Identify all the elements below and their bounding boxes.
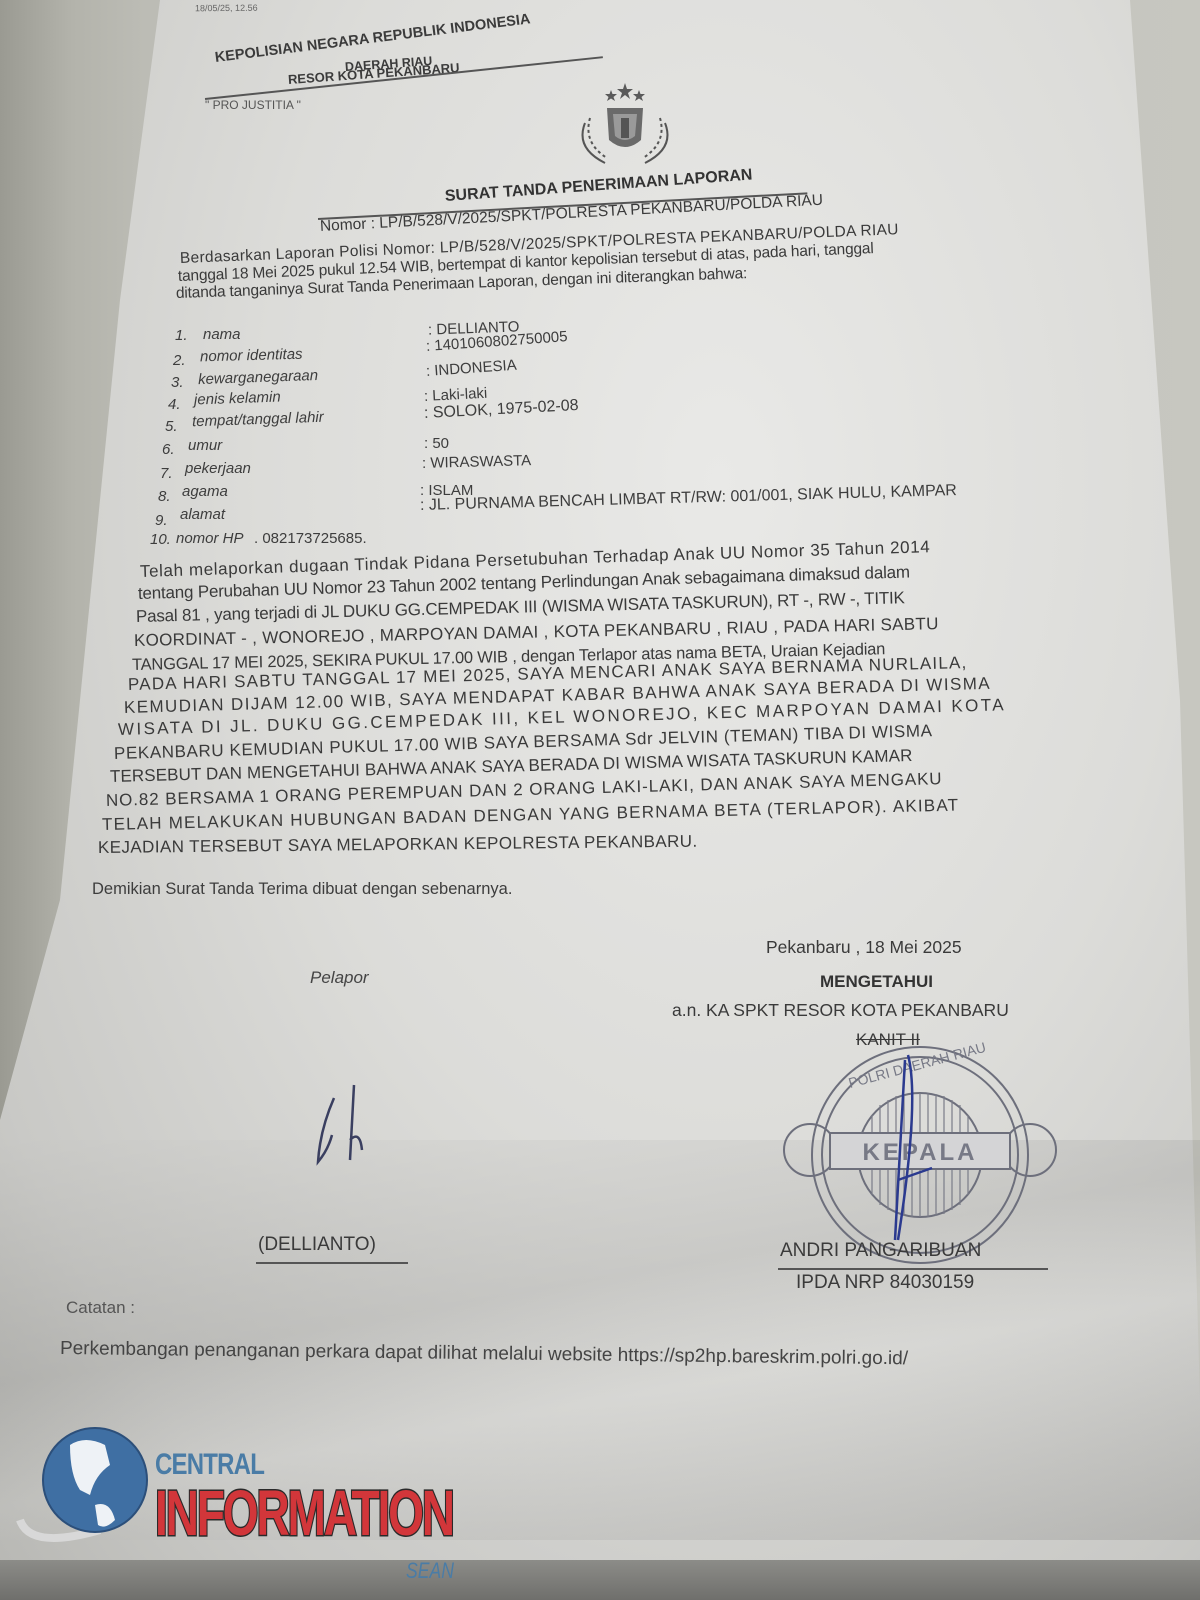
- reporter-name-underline: [256, 1262, 408, 1264]
- field-label-nomor-hp: nomor HP: [176, 530, 244, 547]
- field-value-umur: : 50: [424, 435, 449, 452]
- field-no: 1.: [175, 327, 188, 344]
- officer-rank-nrp: IPDA NRP 84030159: [796, 1272, 974, 1294]
- field-label-pekerjaan: pekerjaan: [185, 460, 251, 477]
- field-no: 2.: [173, 352, 186, 369]
- field-value-nomor-hp: . 082173725685.: [254, 530, 367, 547]
- reporter-role: Pelapor: [310, 968, 369, 988]
- reporter-name: (DELLIANTO): [258, 1234, 376, 1256]
- logo-sean-text: SEAN: [406, 1558, 454, 1584]
- central-information-logo: CENTRAL INFORMATION SEAN: [10, 1420, 460, 1590]
- police-emblem-icon: [565, 78, 685, 178]
- field-label-nomor-identitas: nomor identitas: [200, 346, 303, 366]
- field-no: 5.: [165, 418, 178, 435]
- field-no: 9.: [155, 512, 168, 529]
- unit-title: KANIT II: [856, 1030, 920, 1050]
- stamp-center-text: KEPALA: [863, 1139, 978, 1166]
- field-label-umur: umur: [188, 437, 222, 454]
- field-no: 10.: [150, 531, 171, 548]
- field-no: 4.: [168, 396, 181, 413]
- globe-icon: [10, 1420, 160, 1550]
- print-timestamp: 18/05/25, 12.56: [195, 3, 258, 14]
- field-value-pekerjaan: : WIRASWASTA: [422, 452, 532, 472]
- note-label: Catatan :: [66, 1298, 135, 1318]
- field-no: 7.: [160, 465, 173, 482]
- officer-name-underline: [778, 1268, 1048, 1270]
- field-no: 8.: [158, 488, 171, 505]
- official-stamp: KEPALA POLRI DAERAH RIAU: [780, 1040, 1060, 1270]
- logo-information-text: INFORMATION: [155, 1476, 453, 1550]
- place-date: Pekanbaru , 18 Mei 2025: [766, 937, 962, 958]
- reporter-signature: [310, 1080, 370, 1170]
- pro-justitia: " PRO JUSTITIA ": [205, 98, 301, 112]
- field-no: 6.: [162, 441, 175, 458]
- field-label-nama: nama: [203, 326, 241, 343]
- field-label-alamat: alamat: [180, 506, 225, 523]
- field-label-jenis-kelamin: jenis kelamin: [194, 388, 281, 408]
- field-no: 3.: [171, 374, 184, 391]
- closing-statement: Demikian Surat Tanda Terima dibuat denga…: [92, 880, 512, 899]
- acknowledged-heading: MENGETAHUI: [820, 972, 933, 992]
- officer-name: ANDRI PANGARIBUAN: [780, 1240, 981, 1262]
- acknowledging-office: a.n. KA SPKT RESOR KOTA PEKANBARU: [672, 1000, 1009, 1021]
- field-label-agama: agama: [182, 483, 228, 500]
